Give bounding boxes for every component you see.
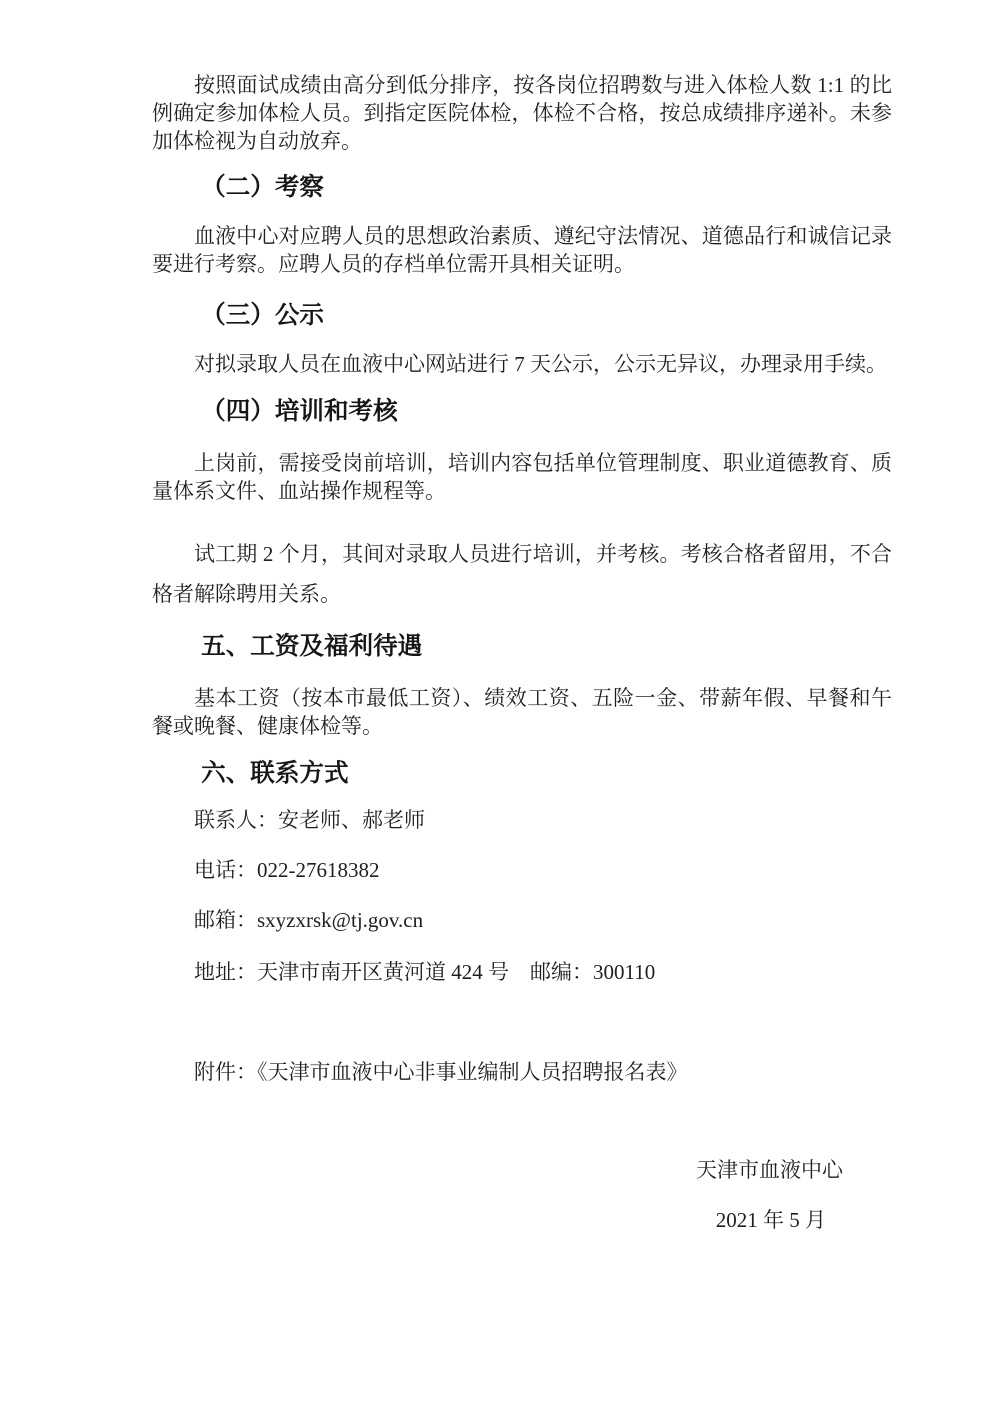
paragraph-salary-benefits: 基本工资（按本市最低工资）、绩效工资、五险一金、带薪年假、早餐和午餐或晚餐、健康… — [152, 684, 892, 740]
paragraph-investigation: 血液中心对应聘人员的思想政治素质、遵纪守法情况、道德品行和诚信记录要进行考察。应… — [152, 222, 892, 278]
heading-section-2-investigation: （二）考察 — [152, 174, 892, 202]
paragraph-probation-period: 试工期 2 个月，其间对录取人员进行培训，并考核。考核合格者留用，不合格者解除聘… — [152, 534, 892, 614]
contact-address-line: 地址：天津市南开区黄河道 424 号 邮编：300110 — [152, 958, 892, 986]
heading-section-5-salary-benefits: 五、工资及福利待遇 — [152, 633, 892, 661]
paragraph-publicity: 对拟录取人员在血液中心网站进行 7 天公示，公示无异议，办理录用手续。 — [152, 350, 892, 378]
attachment-line: 附件：《天津市血液中心非事业编制人员招聘报名表》 — [152, 1058, 892, 1086]
document-page: 按照面试成绩由高分到低分排序，按各岗位招聘数与进入体检人数 1:1 的比例确定参… — [0, 0, 1000, 1414]
signature-date: 2021 年 5 月 — [152, 1206, 892, 1234]
heading-section-4-training-assessment: （四）培训和考核 — [152, 398, 892, 426]
contact-email-line: 邮箱：sxyzxrsk@tj.gov.cn — [152, 906, 892, 934]
signature-organization: 天津市血液中心 — [152, 1156, 892, 1184]
paragraph-physical-exam-ranking: 按照面试成绩由高分到低分排序，按各岗位招聘数与进入体检人数 1:1 的比例确定参… — [152, 71, 892, 155]
heading-section-3-publicity: （三）公示 — [152, 302, 892, 330]
contact-person-line: 联系人：安老师、郝老师 — [152, 806, 892, 834]
paragraph-pre-job-training: 上岗前，需接受岗前培训，培训内容包括单位管理制度、职业道德教育、质量体系文件、血… — [152, 449, 892, 505]
heading-section-6-contact: 六、联系方式 — [152, 760, 892, 788]
contact-phone-line: 电话：022-27618382 — [152, 856, 892, 884]
